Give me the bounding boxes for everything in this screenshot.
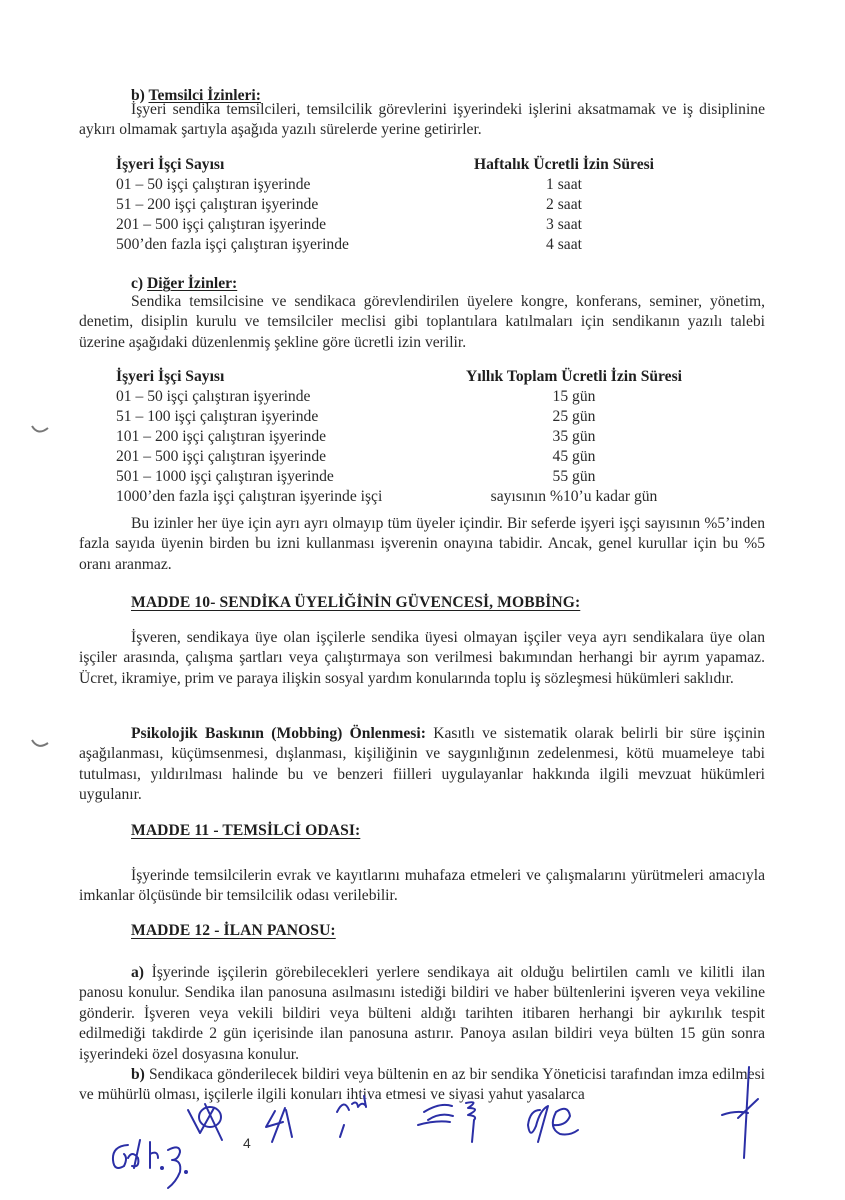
initials-6-icon bbox=[722, 1067, 758, 1158]
initials-7-icon bbox=[113, 1140, 187, 1188]
document-page: b) Temsilci İzinleri: İşyeri sendika tem… bbox=[0, 0, 845, 1200]
initials-2-icon bbox=[266, 1108, 292, 1142]
handwritten-initials bbox=[0, 0, 845, 1200]
initials-3-icon bbox=[337, 1096, 366, 1137]
initials-1-icon bbox=[188, 1104, 222, 1140]
initials-4-icon bbox=[418, 1102, 475, 1142]
initials-5-icon bbox=[528, 1106, 578, 1142]
